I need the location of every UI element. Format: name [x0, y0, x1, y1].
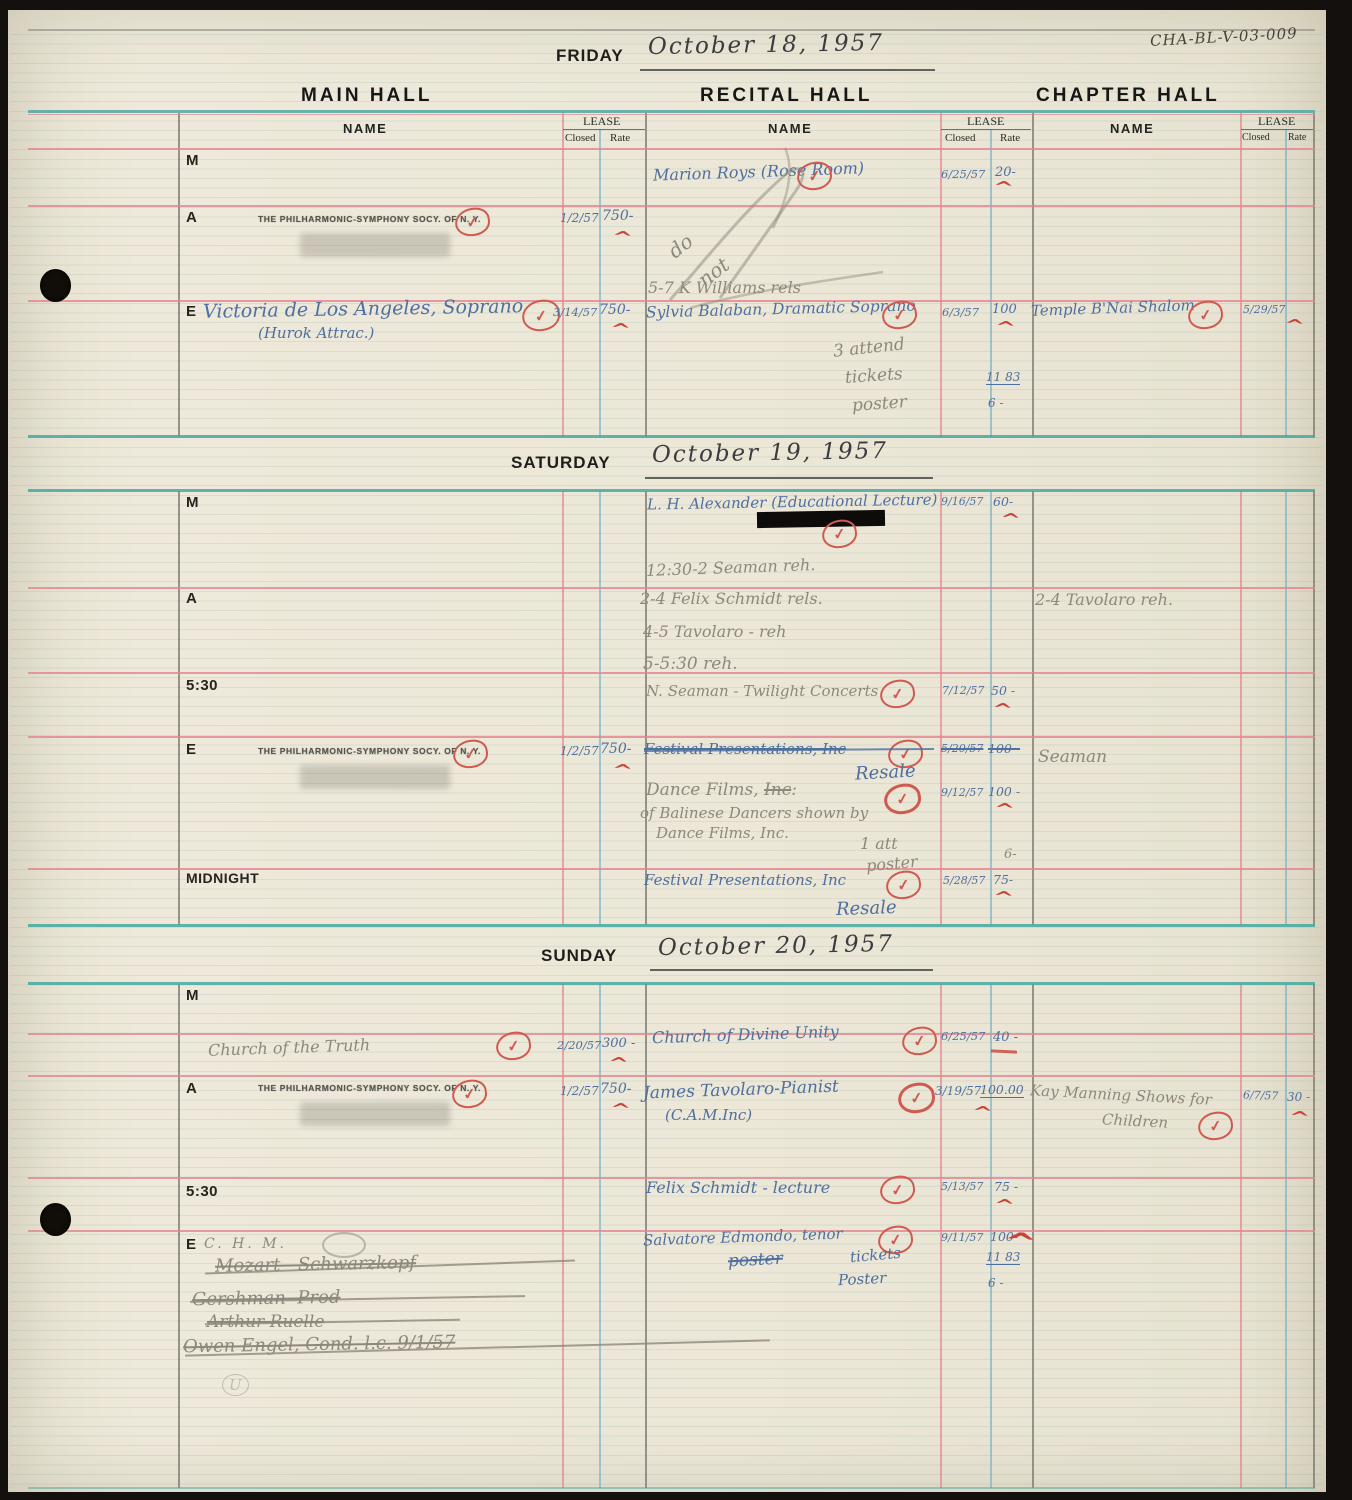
- entry-rate: 60-: [993, 494, 1013, 509]
- check-glyph: ✓: [896, 875, 911, 895]
- entry-closed-date: 6/25/57: [941, 167, 985, 181]
- time-label: A: [186, 590, 197, 607]
- date-underline: [645, 477, 933, 479]
- entry-name-2: (C.A.M.Inc): [665, 1106, 752, 1124]
- name-column-header: NAME: [1110, 121, 1154, 136]
- rule-line: [28, 110, 1315, 113]
- pencil-note: of Balinese Dancers shown by: [640, 804, 868, 822]
- entry-closed-date: 7/12/57: [942, 684, 984, 697]
- check-glyph: ✓: [895, 789, 910, 809]
- entry-rate: 75 -: [994, 1179, 1018, 1194]
- red-tick-icon: ^: [608, 319, 632, 338]
- entry-rate: 50 -: [991, 683, 1015, 698]
- entry-closed-date: 3/14/57: [553, 305, 597, 319]
- red-tick-icon: ^: [608, 1099, 632, 1118]
- time-label: 5:30: [186, 1183, 218, 1200]
- time-label: E: [186, 1236, 197, 1253]
- entry-amount: 6 -: [988, 1276, 1004, 1290]
- pencil-note: 4-5 Tavolaro - reh: [643, 622, 786, 641]
- rule-line: [1285, 984, 1287, 1488]
- time-label: MIDNIGHT: [186, 870, 259, 886]
- entry-closed-date: 5/29/57: [1243, 303, 1285, 316]
- rate-column-header: Rate: [1000, 132, 1020, 144]
- time-label: E: [186, 303, 197, 320]
- rule-line: [28, 1075, 1315, 1077]
- rule-line: [990, 129, 992, 437]
- time-label: M: [186, 987, 199, 1004]
- entry-closed-date: 5/28/57: [943, 874, 985, 887]
- check-glyph: ✓: [892, 305, 907, 325]
- check-glyph: ✓: [1208, 1116, 1223, 1136]
- rule-line: [28, 435, 1315, 438]
- entry-closed-date: 2/20/57: [557, 1038, 601, 1052]
- pencil-note: U: [222, 1374, 249, 1396]
- pencil-note: Seaman: [1038, 747, 1107, 767]
- rule-line: [1285, 491, 1287, 925]
- rule-line: [28, 982, 1315, 985]
- entry-amount: 11 83: [986, 1250, 1020, 1265]
- red-tick-icon: ^: [1282, 315, 1306, 334]
- date-underline: [640, 69, 935, 71]
- red-tick-icon: ^: [970, 1102, 994, 1121]
- rule-line: [1313, 984, 1315, 1488]
- time-label: 5:30: [186, 677, 218, 694]
- entry-rate: 100: [992, 302, 1017, 317]
- pencil-note: 5-5:30 reh.: [643, 654, 738, 674]
- entry-name-part: Dance Films,: [646, 780, 764, 800]
- closed-column-header: Closed: [945, 132, 976, 144]
- pencil-note: 2-4 Felix Schmidt rels.: [640, 589, 823, 608]
- day-date-friday: October 18, 1957: [648, 30, 884, 60]
- entry-rate: 30 -: [1287, 1090, 1310, 1104]
- entry-amount: 6-: [1004, 847, 1017, 862]
- rule-line: [645, 491, 647, 925]
- lease-column-header: LEASE: [583, 114, 620, 129]
- entry-note: Resale: [854, 760, 916, 784]
- time-label: A: [186, 1080, 197, 1097]
- day-header-sunday: SUNDAY: [541, 946, 617, 966]
- entry-closed-date: 3/19/57: [935, 1084, 981, 1098]
- philharmonic-stamp: THE PHILHARMONIC-SYMPHONY SOCY. OF N. Y.: [258, 746, 418, 756]
- red-tick-icon: ^: [998, 509, 1022, 528]
- entry-closed-date: 1/2/57: [560, 1084, 599, 1098]
- rate-column-header: Rate: [610, 132, 630, 144]
- stamp-smudge: [300, 233, 450, 257]
- rule-line: [28, 924, 1315, 927]
- entry-name-part: :: [791, 780, 797, 800]
- pencil-note: 1 att: [860, 834, 898, 853]
- pencil-note: tickets: [844, 364, 903, 388]
- entry-name-part-struck: Inc: [764, 780, 791, 800]
- entry-rate: 100.00: [980, 1082, 1024, 1098]
- rule-line: [1032, 113, 1034, 437]
- entry-amount: 6 -: [988, 396, 1004, 410]
- red-tick-icon: ^: [991, 177, 1015, 196]
- check-glyph: ✓: [890, 684, 905, 704]
- pencil-note: Dance Films, Inc.: [656, 824, 789, 842]
- entry-rate: 750-: [600, 741, 631, 757]
- rule-line: [28, 1487, 1315, 1489]
- time-label: A: [186, 209, 197, 226]
- check-glyph: ✓: [909, 1088, 924, 1108]
- rule-line: [941, 129, 1031, 130]
- rule-line: [562, 984, 564, 1488]
- entry-name-2: (Hurok Attrac.): [258, 324, 374, 342]
- entry-amount: 11 83: [986, 370, 1020, 385]
- time-label: M: [186, 152, 199, 169]
- check-glyph: ✓: [890, 1180, 905, 1200]
- rule-line: [1240, 984, 1242, 1488]
- red-tick-icon: ^: [993, 317, 1017, 336]
- hole-punch: [40, 269, 71, 302]
- entry-closed-date: 6/25/57: [941, 1029, 985, 1043]
- red-tick-icon: ^: [606, 1053, 630, 1072]
- entry-closed-date: 5/13/57: [941, 1180, 983, 1193]
- entry-name: N. Seaman - Twilight Concerts: [646, 682, 878, 700]
- stamp-smudge: [300, 765, 450, 789]
- pencil-note: 2-4 Tavolaro reh.: [1035, 590, 1173, 609]
- closed-column-header: Closed: [565, 132, 596, 144]
- day-header-saturday: SATURDAY: [511, 453, 611, 473]
- entry-closed-date: 9/12/57: [941, 786, 983, 799]
- pencil-note: C. H. M.: [204, 1236, 287, 1252]
- entry-rate: 750-: [600, 1081, 631, 1097]
- red-tick-icon: ^: [1287, 1107, 1311, 1126]
- check-glyph: ✓: [506, 1036, 521, 1056]
- red-tick-icon: ^: [992, 1195, 1016, 1214]
- time-label: M: [186, 494, 199, 511]
- name-column-header: NAME: [343, 121, 387, 136]
- rule-line: [940, 491, 942, 925]
- entry-name-2: Children: [1102, 1110, 1169, 1131]
- pencil-note: poster: [851, 392, 907, 416]
- rule-line: [599, 129, 601, 437]
- entry-closed-date: 5/20/57: [941, 742, 983, 755]
- hall-title-recital: RECITAL HALL: [700, 85, 873, 107]
- rule-line: [178, 984, 180, 1488]
- red-tick-icon: ^: [992, 799, 1016, 818]
- philharmonic-stamp: THE PHILHARMONIC-SYMPHONY SOCY. OF N. Y.: [258, 1083, 418, 1093]
- rule-line: [1285, 129, 1287, 437]
- entry-name: Felix Schmidt - lecture: [646, 1178, 830, 1197]
- entry-note: Resale: [836, 897, 897, 920]
- red-tick-icon: ^: [610, 227, 634, 246]
- name-column-header: NAME: [768, 121, 812, 136]
- redaction-bar: [757, 510, 885, 528]
- entry-rate: 100 -: [988, 784, 1020, 799]
- red-tick-icon: ^: [610, 760, 634, 779]
- rule-line: [178, 491, 180, 925]
- rule-line: [1313, 491, 1315, 925]
- entry-closed-date: 9/11/57: [941, 1231, 983, 1244]
- entry-closed-date: 1/2/57: [560, 211, 599, 225]
- entry-name: Dance Films, Inc:: [646, 780, 797, 800]
- day-header-friday: FRIDAY: [556, 46, 624, 66]
- red-tick-icon: ^: [991, 887, 1015, 906]
- rule-line: [940, 113, 942, 437]
- check-glyph: ✓: [534, 306, 549, 326]
- entry-closed-date: 9/16/57: [941, 495, 983, 508]
- date-underline: [650, 969, 933, 971]
- check-glyph: ✓: [463, 744, 478, 764]
- stamp-smudge: [300, 1102, 450, 1126]
- check-glyph: ✓: [462, 1084, 477, 1104]
- rule-line: [28, 29, 1315, 31]
- rule-line: [1240, 491, 1242, 925]
- entry-note-struck: poster: [728, 1249, 784, 1272]
- entry-name: Festival Presentations, Inc: [644, 871, 846, 889]
- rule-line: [28, 489, 1315, 492]
- red-tick-icon: ^: [990, 699, 1014, 718]
- rule-line: [1240, 113, 1242, 437]
- rule-line: [1241, 129, 1313, 130]
- rule-line: [563, 129, 645, 130]
- rule-line: [1313, 113, 1315, 437]
- day-date-saturday: October 19, 1957: [652, 438, 888, 468]
- philharmonic-stamp: THE PHILHARMONIC-SYMPHONY SOCY. OF N. Y.: [258, 214, 418, 224]
- day-date-sunday: October 20, 1957: [658, 931, 894, 961]
- rule-line: [562, 113, 564, 437]
- rule-line: [28, 114, 1315, 116]
- hall-title-chapter: CHAPTER HALL: [1036, 85, 1220, 107]
- entry-rate: 75-: [993, 872, 1013, 887]
- lease-column-header: LEASE: [1258, 114, 1295, 129]
- entry-rate: 40 -: [993, 1030, 1018, 1045]
- entry-rate: 750-: [602, 208, 633, 224]
- check-glyph: ✓: [465, 212, 480, 232]
- rule-line: [599, 491, 601, 925]
- entry-rate: 750-: [599, 302, 630, 318]
- hole-punch: [40, 1203, 71, 1236]
- entry-closed-date: 6/3/57: [942, 305, 979, 319]
- entry-rate: 100 -: [988, 741, 1020, 756]
- rate-column-header: Rate: [1288, 132, 1306, 143]
- rule-line: [562, 491, 564, 925]
- pencil-note: 5-7 K Williams rels: [648, 278, 801, 297]
- entry-rate: 300 -: [602, 1036, 635, 1051]
- entry-note: Poster: [838, 1269, 887, 1290]
- check-glyph: ✓: [1198, 305, 1213, 325]
- time-label: E: [186, 741, 197, 758]
- hall-title-main: MAIN HALL: [301, 85, 432, 107]
- entry-closed-date: 1/2/57: [560, 744, 599, 758]
- rule-line: [599, 984, 601, 1488]
- rule-line: [178, 113, 180, 437]
- rule-line: [1032, 491, 1034, 925]
- rule-line: [28, 736, 1315, 738]
- ledger-scan: CHA-BL-V-03-009 FRIDAY October 18, 1957 …: [0, 0, 1352, 1500]
- check-glyph: ✓: [912, 1031, 927, 1051]
- check-glyph: ✓: [832, 524, 847, 544]
- lease-column-header: LEASE: [967, 114, 1004, 129]
- closed-column-header: Closed: [1242, 132, 1270, 143]
- entry-closed-date: 6/7/57: [1243, 1088, 1279, 1102]
